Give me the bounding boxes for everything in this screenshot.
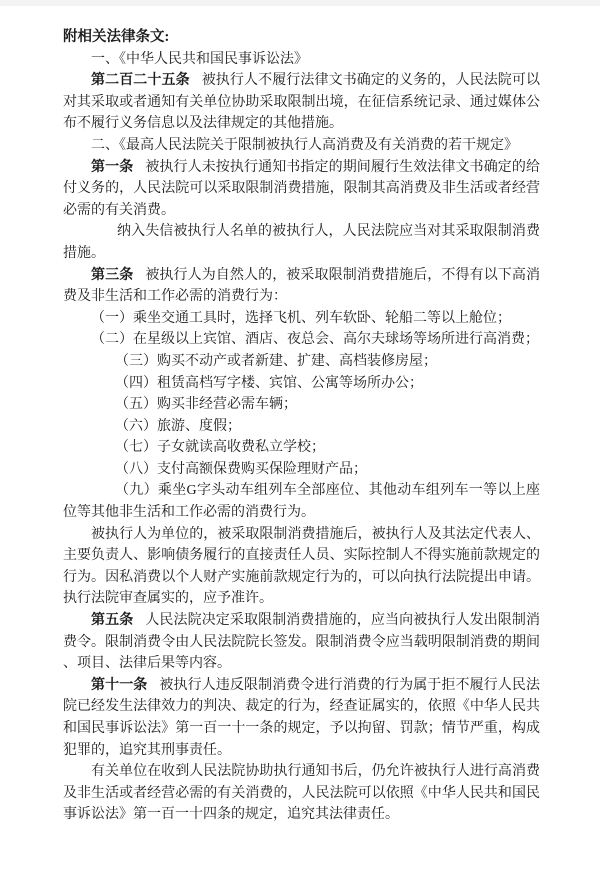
- article-3-item-8: （八）支付高额保费购买保险理财产品；: [63, 459, 540, 481]
- article-3-item-2: （二）在星级以上宾馆、酒店、夜总会、高尔夫球场等场所进行高消费；: [63, 329, 540, 351]
- section-heading-civil-procedure-law: 一、《中华人民共和国民事诉讼法》: [63, 49, 540, 71]
- legal-document: 附相关法律条文: 一、《中华人民共和国民事诉讼法》 第二百二十五条被执行人不履行…: [0, 6, 600, 826]
- article-3: 第三条被执行人为自然人的，被采取限制消费措施后，不得有以下高消费及非生活和工作必…: [63, 265, 540, 308]
- article-3-item-5: （五）购买非经营必需车辆；: [63, 394, 540, 416]
- article-5-label: 第五条: [91, 613, 133, 628]
- article-1-label: 第一条: [91, 160, 133, 175]
- article-11-label: 第十一条: [91, 678, 147, 693]
- article-3-item-6: （六）旅游、度假；: [63, 416, 540, 438]
- article-3-item-9: （九）乘坐G字头动车组列车全部座位、其他动车组列车一等以上座位等其他非生活和工作…: [63, 480, 540, 523]
- section-heading-consumption-regulation: 二、《最高人民法院关于限制被执行人高消费及有关消费的若干规定》: [63, 135, 540, 157]
- article-3-item-4: （四）租赁高档写字楼、宾馆、公寓等场所办公；: [63, 373, 540, 395]
- article-225: 第二百二十五条被执行人不履行法律文书确定的义务的，人民法院可以对其采取或者通知有…: [63, 70, 540, 135]
- article-1: 第一条被执行人未按执行通知书指定的期间履行生效法律文书确定的给付义务的，人民法院…: [63, 157, 540, 222]
- article-3-item-3: （三）购买不动产或者新建、扩建、高档装修房屋；: [63, 351, 540, 373]
- article-1-paragraph-2: 纳入失信被执行人名单的被执行人，人民法院应当对其采取限制消费措施。: [63, 221, 540, 264]
- article-3-item-1: （一）乘坐交通工具时，选择飞机、列车软卧、轮船二等以上舱位；: [63, 308, 540, 330]
- article-11-paragraph-2: 有关单位在收到人民法院协助执行通知书后，仍允许被执行人进行高消费及非生活或者经营…: [63, 761, 540, 826]
- article-5-text: 人民法院决定采取限制消费措施的，应当向被执行人发出限制消费令。限制消费令由人民法…: [63, 613, 540, 671]
- article-3-paragraph-2: 被执行人为单位的，被采取限制消费措施后，被执行人及其法定代表人、主要负责人、影响…: [63, 524, 540, 610]
- article-3-label: 第三条: [91, 268, 133, 283]
- article-11: 第十一条被执行人违反限制消费令进行消费的行为属于拒不履行人民法院已经发生法律效力…: [63, 675, 540, 761]
- document-title: 附相关法律条文:: [63, 27, 540, 49]
- article-1-text: 被执行人未按执行通知书指定的期间履行生效法律文书确定的给付义务的，人民法院可以采…: [63, 160, 540, 218]
- article-5: 第五条人民法院决定采取限制消费措施的，应当向被执行人发出限制消费令。限制消费令由…: [63, 610, 540, 675]
- article-3-item-7: （七）子女就读高收费私立学校；: [63, 437, 540, 459]
- article-225-label: 第二百二十五条: [91, 73, 190, 88]
- article-3-text: 被执行人为自然人的，被采取限制消费措施后，不得有以下高消费及非生活和工作必需的消…: [63, 268, 540, 305]
